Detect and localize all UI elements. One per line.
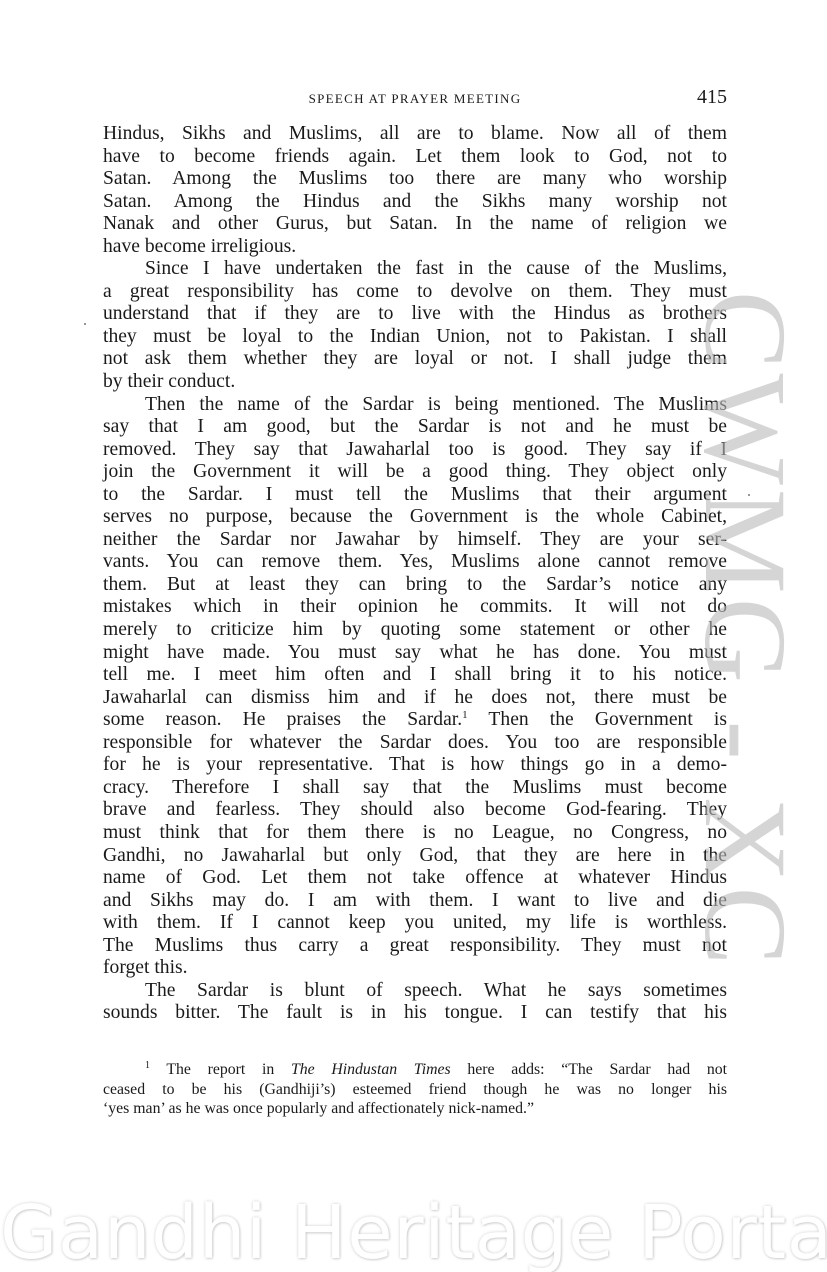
text-line: Satan. Among the Hindus and the Sikhs ma… [103,191,727,214]
text-line: removed. They say that Jawaharlal too is… [103,439,727,462]
text-line: and Sikhs may do. I am with them. I want… [103,890,727,913]
text-line: cracy. Therefore I shall say that the Mu… [103,777,727,800]
text-line: to the Sardar. I must tell the Muslims t… [103,484,727,507]
text-line: sounds bitter. The fault is in his tongu… [103,1002,727,1025]
text-line: them. But at least they can bring to the… [103,574,727,597]
footnote-line: 1 The report in The Hindustan Times here… [103,1060,727,1080]
footnote-line: ceased to be his (Gandhiji’s) esteemed f… [103,1080,727,1100]
page-number: 415 [697,86,727,109]
text-line: for he is your representative. That is h… [103,754,727,777]
paragraph-start-line: The Sardar is blunt of speech. What he s… [103,980,727,1003]
text-line: Nanak and other Gurus, but Satan. In the… [103,213,727,236]
text-line: must think that for them there is no Lea… [103,822,727,845]
body-text: Hindus, Sikhs and Muslims, all are to bl… [103,123,727,1025]
running-title: Speech at Prayer Meeting [103,91,727,107]
text-line: brave and fearless. They should also bec… [103,799,727,822]
document-page: Speech at Prayer Meeting 415 Hindus, Sik… [0,0,827,1272]
text-line: Gandhi, no Jawaharlal but only God, that… [103,845,727,868]
bottom-watermark: Gandhi Heritage Portal [0,1190,827,1272]
text-line: vants. You can remove them. Yes, Muslims… [103,551,727,574]
text-line: with them. If I cannot keep you united, … [103,912,727,935]
text-line: Hindus, Sikhs and Muslims, all are to bl… [103,123,727,146]
text-line: understand that if they are to live with… [103,303,727,326]
text-line: they must be loyal to the Indian Union, … [103,326,727,349]
scan-speck [84,323,86,325]
text-line: might have made. You must say what he ha… [103,642,727,665]
text-line: responsible for whatever the Sardar does… [103,732,727,755]
text-line: join the Government it will be a good th… [103,461,727,484]
text-line: tell me. I meet him often and I shall br… [103,664,727,687]
text-line: have to become friends again. Let them l… [103,146,727,169]
paragraph-start-line: Since I have undertaken the fast in the … [103,258,727,281]
text-line: say that I am good, but the Sardar is no… [103,416,727,439]
text-line: mistakes which in their opinion he commi… [103,596,727,619]
footnote: 1 The report in The Hindustan Times here… [103,1060,727,1119]
paragraph-start-line: Then the name of the Sardar is being men… [103,394,727,417]
text-line: forget this. [103,957,727,980]
publication-title: The Hindustan Times [291,1061,451,1078]
footnote-line: ‘yes man’ as he was once popularly and a… [103,1099,727,1119]
text-line: have become irreligious. [103,236,727,259]
side-watermark: CWMG - XC [677,291,813,969]
line-head: some reason. He praises the Sardar. [103,709,462,730]
text-line: not ask them whether they are loyal or n… [103,348,727,371]
scan-speck [748,494,750,496]
text-line: by their conduct. [103,371,727,394]
text-line: Satan. Among the Muslims too there are m… [103,168,727,191]
text-line: serves no purpose, because the Governmen… [103,506,727,529]
text-line: name of God. Let them not take offence a… [103,867,727,890]
text-line-with-footnote: some reason. He praises the Sardar.1 The… [103,709,727,732]
running-header: Speech at Prayer Meeting 415 [103,86,727,110]
text-line: neither the Sardar nor Jawahar by himsel… [103,529,727,552]
text-line: a great responsibility has come to devol… [103,281,727,304]
text-line: The Muslims thus carry a great responsib… [103,935,727,958]
text-line: merely to criticize him by quoting some … [103,619,727,642]
text-line: Jawaharlal can dismiss him and if he doe… [103,687,727,710]
